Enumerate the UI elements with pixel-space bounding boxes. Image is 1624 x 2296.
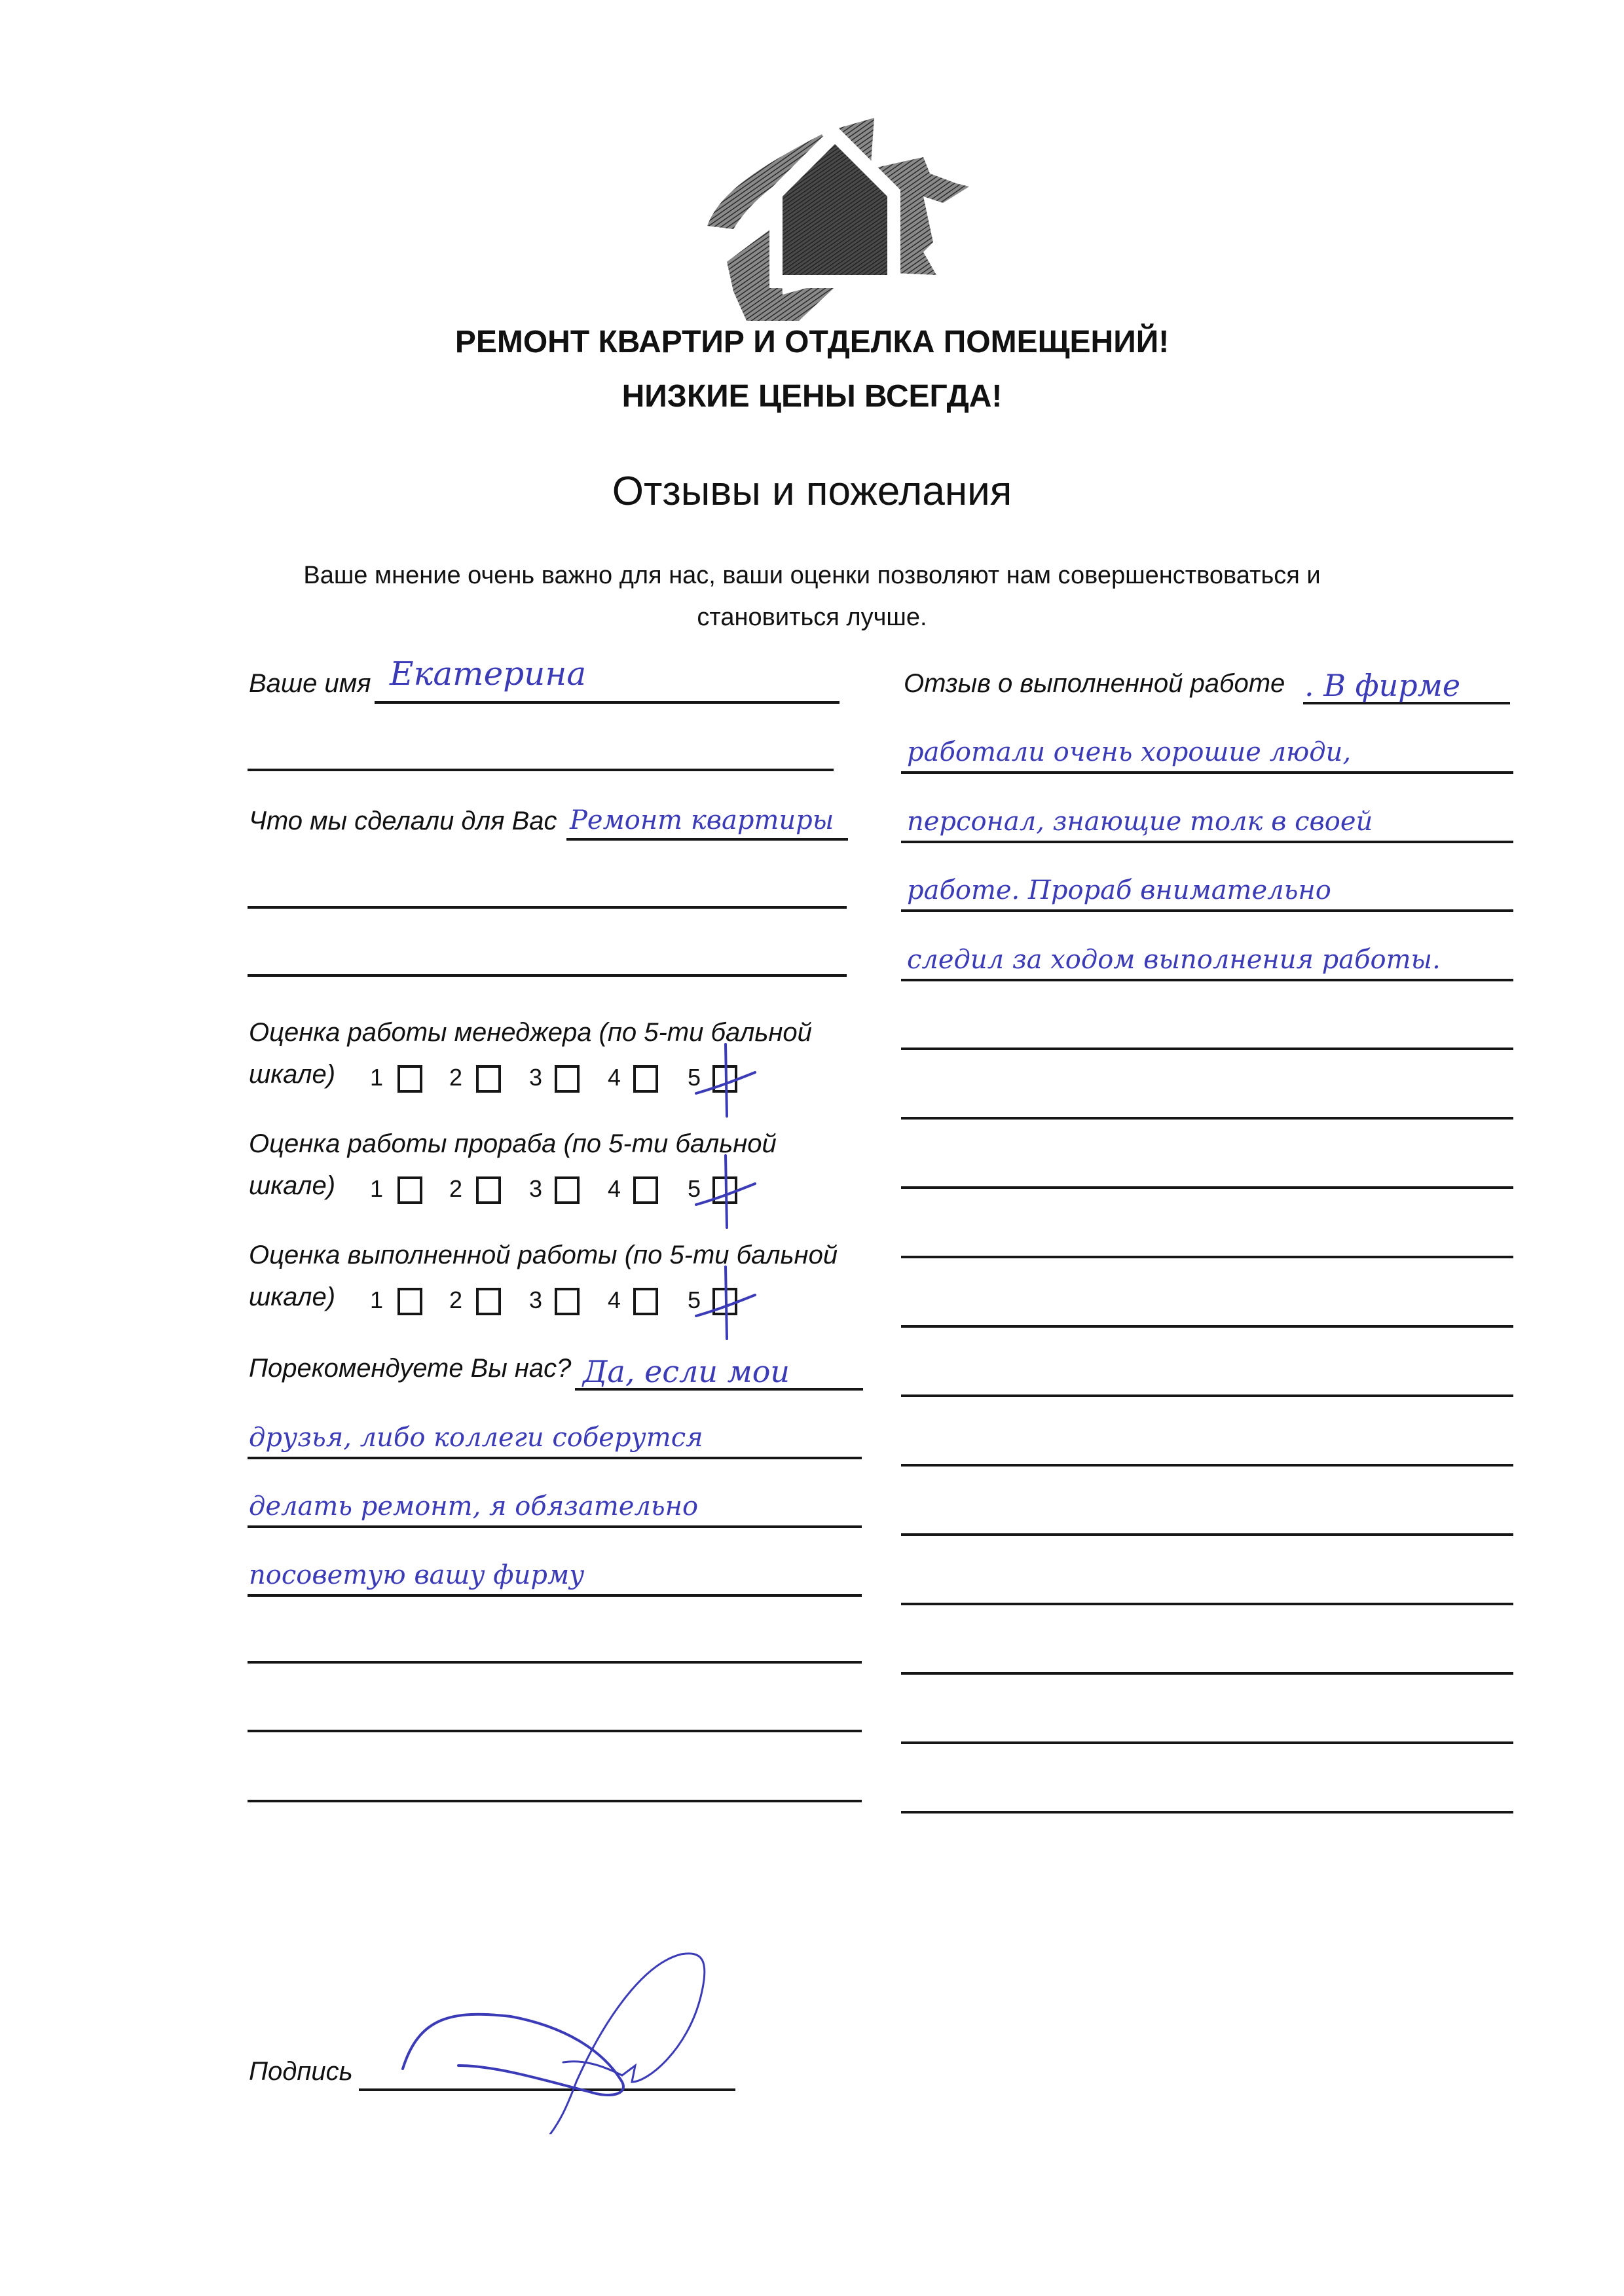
review-line-3[interactable] <box>901 841 1513 843</box>
recommend-handwritten-text[interactable]: Да, если мои <box>583 1354 790 1389</box>
recommend-line-2[interactable] <box>248 1457 862 1459</box>
name-value[interactable]: Екатерина <box>390 655 586 693</box>
rating-option-number: 3 <box>529 1064 542 1091</box>
company-slogan-line2: НИЗКИЕ ЦЕНЫ ВСЕГДА! <box>0 378 1624 414</box>
rating-checkbox-3[interactable] <box>555 1065 580 1093</box>
rating-option-number: 1 <box>370 1286 383 1314</box>
recommend-line-5[interactable] <box>248 1661 862 1664</box>
rating-checkbox-1[interactable] <box>397 1176 422 1204</box>
review-handwritten-text[interactable]: работали очень хорошие люди, <box>907 737 1351 767</box>
recommend-label: Порекомендуете Вы нас? <box>249 1354 571 1383</box>
rating-checkbox-3[interactable] <box>555 1288 580 1315</box>
rating-option-number: 4 <box>608 1175 621 1203</box>
review-line-15[interactable] <box>901 1672 1513 1675</box>
rating-checkbox-4[interactable] <box>633 1176 658 1204</box>
rating-checkbox-1[interactable] <box>397 1065 422 1093</box>
rating-scale-label: шкале) <box>249 1060 335 1089</box>
review-line-8[interactable] <box>901 1186 1513 1189</box>
review-line-11[interactable] <box>901 1394 1513 1397</box>
review-line-17[interactable] <box>901 1811 1513 1813</box>
rating-option-number: 2 <box>449 1175 462 1203</box>
review-line-12[interactable] <box>901 1464 1513 1467</box>
review-line-9[interactable] <box>901 1256 1513 1258</box>
review-handwritten-text[interactable]: работе. Прораб внимательно <box>907 875 1331 905</box>
signature-label: Подпись <box>249 2057 353 2086</box>
service-label: Что мы сделали для Вас <box>249 807 557 836</box>
review-handwritten-text[interactable]: персонал, знающие толк в своей <box>907 807 1373 837</box>
rating-option-number: 1 <box>370 1064 383 1091</box>
check-cross-mark-icon <box>686 1041 758 1120</box>
company-slogan-line1: РЕМОНТ КВАРТИР И ОТДЕЛКА ПОМЕЩЕНИЙ! <box>0 324 1624 360</box>
rating-checkbox-4[interactable] <box>633 1065 658 1093</box>
service-field-line-2[interactable] <box>248 906 847 909</box>
rating-scale-label: шкале) <box>249 1283 335 1312</box>
rating-option-number: 3 <box>529 1175 542 1203</box>
service-value[interactable]: Ремонт квартиры <box>570 805 834 835</box>
review-handwritten-text[interactable]: следил за ходом выполнения работы. <box>907 945 1441 975</box>
review-line-10[interactable] <box>901 1325 1513 1328</box>
rating-option-number: 4 <box>608 1286 621 1314</box>
signature-scribble <box>367 1918 733 2134</box>
rating-checkbox-3[interactable] <box>555 1176 580 1204</box>
name-field-line[interactable] <box>375 701 840 704</box>
recommend-handwritten-text[interactable]: друзья, либо коллеги соберутся <box>249 1423 703 1453</box>
check-cross-mark-icon <box>686 1264 758 1342</box>
intro-text-line2: становиться лучше. <box>0 604 1624 632</box>
recommend-line-7[interactable] <box>248 1800 862 1802</box>
review-line-4[interactable] <box>901 909 1513 912</box>
review-line-2[interactable] <box>901 771 1513 774</box>
service-field-line[interactable] <box>566 838 848 841</box>
recommend-line-3[interactable] <box>248 1525 862 1528</box>
review-handwritten-text[interactable]: . В фирме <box>1304 668 1460 703</box>
rating-option-number: 1 <box>370 1175 383 1203</box>
service-field-line-3[interactable] <box>248 974 847 977</box>
rating-checkbox-2[interactable] <box>476 1176 501 1204</box>
recommend-handwritten-text[interactable]: посоветую вашу фирму <box>249 1560 584 1590</box>
check-cross-mark-icon <box>686 1152 758 1231</box>
intro-text-line1: Ваше мнение очень важно для нас, ваши оц… <box>0 562 1624 590</box>
name-field-line-2[interactable] <box>248 769 834 771</box>
rating-checkbox-4[interactable] <box>633 1288 658 1315</box>
recommend-line-6[interactable] <box>248 1730 862 1732</box>
rating-option-number: 2 <box>449 1286 462 1314</box>
review-line-6[interactable] <box>901 1048 1513 1050</box>
name-label: Ваше имя <box>249 669 371 699</box>
review-line-13[interactable] <box>901 1533 1513 1536</box>
rating-checkbox-2[interactable] <box>476 1065 501 1093</box>
review-line-14[interactable] <box>901 1603 1513 1605</box>
review-line-7[interactable] <box>901 1117 1513 1120</box>
review-label: Отзыв о выполненной работе <box>904 669 1285 699</box>
form-title: Отзывы и пожелания <box>0 468 1624 515</box>
rating-option-number: 4 <box>608 1064 621 1091</box>
rating-checkbox-1[interactable] <box>397 1288 422 1315</box>
review-line-5[interactable] <box>901 979 1513 981</box>
rating-checkbox-2[interactable] <box>476 1288 501 1315</box>
rating-scale-label: шкале) <box>249 1171 335 1201</box>
rating-option-number: 3 <box>529 1286 542 1314</box>
house-brush-logo-icon <box>707 111 969 321</box>
rating-option-number: 2 <box>449 1064 462 1091</box>
recommend-handwritten-text[interactable]: делать ремонт, я обязательно <box>249 1491 698 1522</box>
review-line-16[interactable] <box>901 1741 1513 1744</box>
recommend-line-4[interactable] <box>248 1594 862 1597</box>
